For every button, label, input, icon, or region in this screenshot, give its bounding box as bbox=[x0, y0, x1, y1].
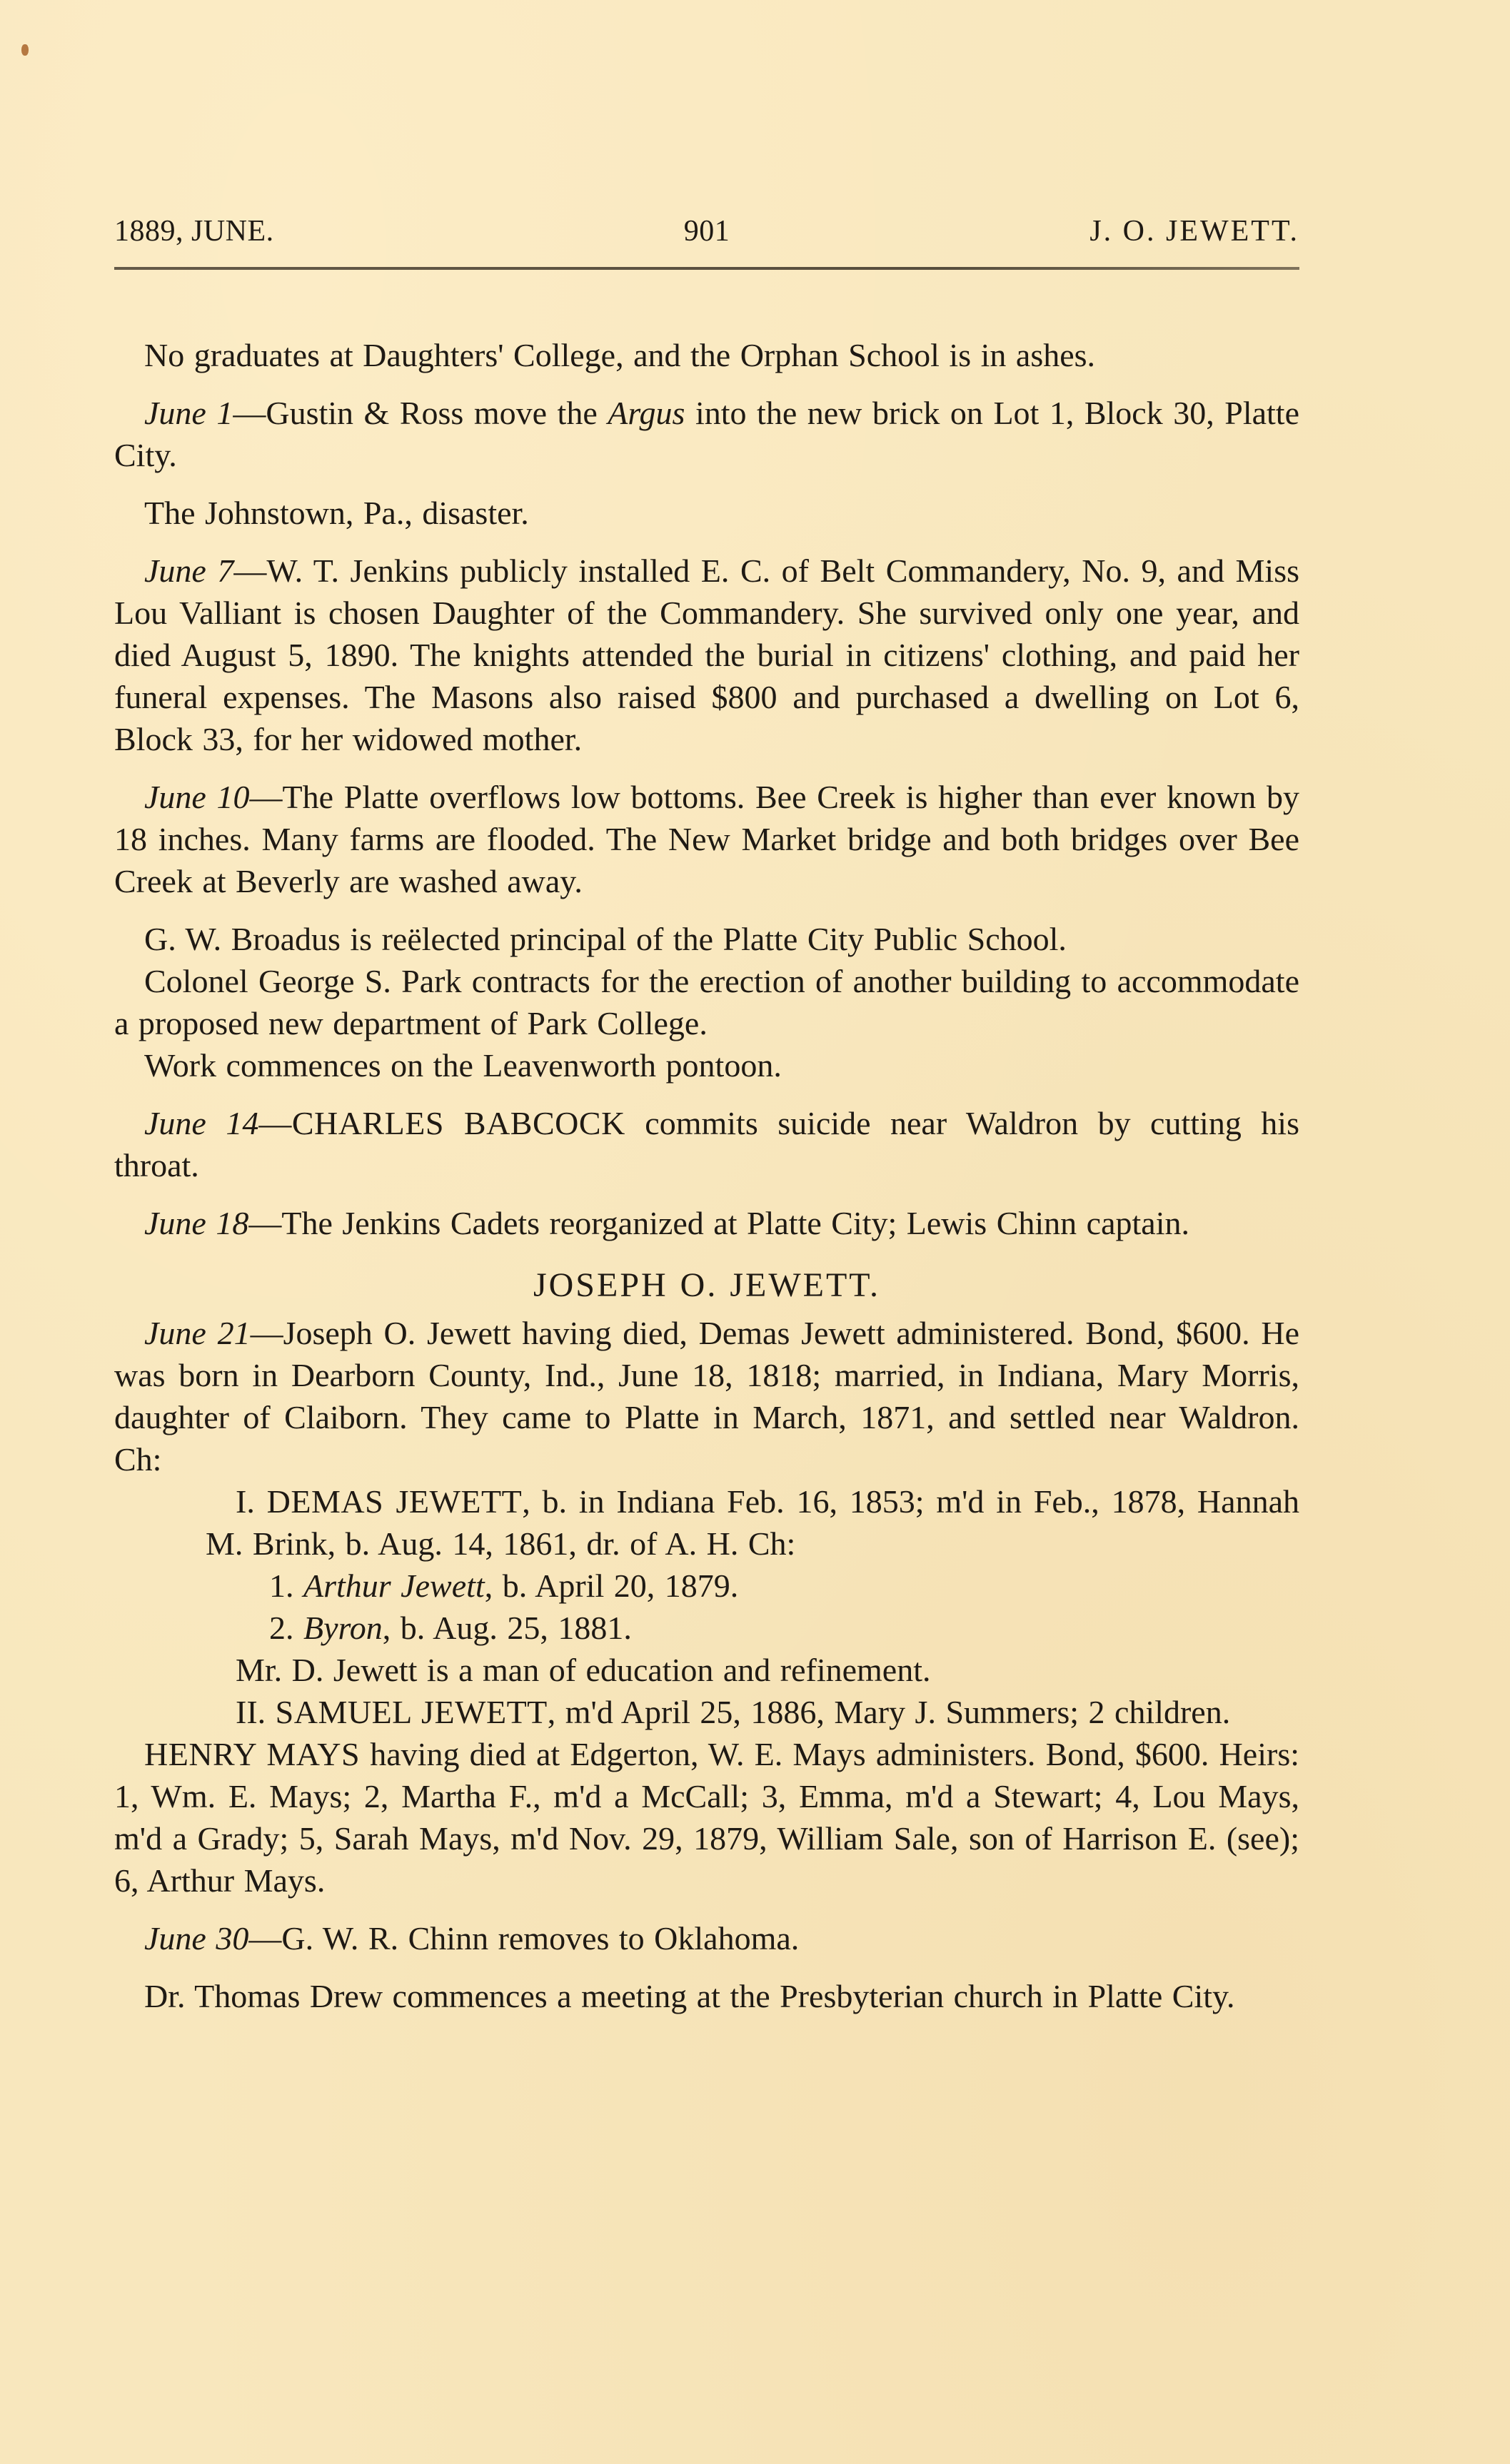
grandchild-entry: 1. Arthur Jewett, b. April 20, 1879. bbox=[114, 1565, 1299, 1607]
body-text: No graduates at Daughters' College, and … bbox=[114, 334, 1299, 2017]
entry-text: —W. T. Jenkins publicly installed E. C. … bbox=[114, 552, 1299, 757]
entry-text: , b. Aug. 25, 1881. bbox=[383, 1610, 632, 1646]
paragraph-june-10: June 10—The Platte overflows low bottoms… bbox=[114, 776, 1299, 902]
paragraph-henry-mays: HENRY MAYS having died at Edgerton, W. E… bbox=[114, 1733, 1299, 1902]
entry-text: , m'd April 25, 1886, Mary J. Summers; 2… bbox=[548, 1694, 1230, 1730]
person-name: DEMAS JEWETT bbox=[267, 1483, 523, 1520]
paragraph-johnstown: The Johnstown, Pa., disaster. bbox=[114, 492, 1299, 534]
paragraph-june-1: June 1—Gustin & Ross move the Argus into… bbox=[114, 392, 1299, 476]
person-name: HENRY MAYS bbox=[144, 1736, 360, 1772]
paragraph-thomas-drew: Dr. Thomas Drew commences a meeting at t… bbox=[114, 1975, 1299, 2017]
entry-date: June 18 bbox=[144, 1205, 248, 1241]
list-number: 1. bbox=[269, 1567, 294, 1604]
entry-date: June 14 bbox=[144, 1105, 258, 1141]
paragraph-daughters-college: No graduates at Daughters' College, and … bbox=[114, 334, 1299, 376]
entry-date: June 21 bbox=[144, 1315, 251, 1351]
paragraph-june-7: June 7—W. T. Jenkins publicly installed … bbox=[114, 550, 1299, 760]
running-head-subject: J. O. JEWETT. bbox=[1089, 214, 1299, 248]
entry-date: June 30 bbox=[144, 1920, 248, 1956]
entry-date: June 10 bbox=[144, 779, 250, 815]
running-head: 1889, JUNE. 901 J. O. JEWETT. bbox=[114, 214, 1299, 257]
entry-text: —Gustin & Ross move the bbox=[233, 395, 608, 431]
paragraph-june-18: June 18—The Jenkins Cadets reorganized a… bbox=[114, 1202, 1299, 1244]
person-name: Byron bbox=[303, 1610, 383, 1646]
section-heading: JOSEPH O. JEWETT. bbox=[114, 1264, 1299, 1306]
paragraph-broadus: G. W. Broadus is reëlected principal of … bbox=[114, 918, 1299, 960]
entry-text: —G. W. R. Chinn removes to Oklahoma. bbox=[248, 1920, 799, 1956]
child-entry-samuel: II. SAMUEL JEWETT, m'd April 25, 1886, M… bbox=[114, 1691, 1299, 1733]
child-note: Mr. D. Jewett is a man of education and … bbox=[114, 1649, 1299, 1691]
paper-stain bbox=[21, 44, 29, 56]
paragraph-june-14: June 14—CHARLES BABCOCK commits suicide … bbox=[114, 1102, 1299, 1186]
paragraph-june-21: June 21—Joseph O. Jewett having died, De… bbox=[114, 1312, 1299, 1480]
roman-numeral: II. bbox=[236, 1694, 266, 1730]
person-name: Arthur Jewett bbox=[303, 1567, 485, 1604]
grandchild-entry: 2. Byron, b. Aug. 25, 1881. bbox=[114, 1607, 1299, 1649]
roman-numeral: I. bbox=[236, 1483, 255, 1520]
entry-text: —Joseph O. Jewett having died, Demas Jew… bbox=[114, 1315, 1299, 1478]
paragraph-june-30: June 30—G. W. R. Chinn removes to Oklaho… bbox=[114, 1917, 1299, 1959]
person-name: —CHARLES BABCOCK bbox=[258, 1105, 625, 1141]
child-entry-demas: I. DEMAS JEWETT, b. in Indiana Feb. 16, … bbox=[114, 1480, 1299, 1565]
newspaper-name: Argus bbox=[608, 395, 685, 431]
entry-date: June 1 bbox=[144, 395, 233, 431]
header-rule bbox=[114, 267, 1299, 270]
entry-text: , b. April 20, 1879. bbox=[485, 1567, 739, 1604]
book-page: 1889, JUNE. 901 J. O. JEWETT. No graduat… bbox=[114, 214, 1299, 2017]
entry-text: —The Jenkins Cadets reorganized at Platt… bbox=[248, 1205, 1189, 1241]
entry-date: June 7 bbox=[144, 552, 233, 589]
paragraph-pontoon: Work commences on the Leavenworth pontoo… bbox=[114, 1044, 1299, 1086]
entry-text: —The Platte overflows low bottoms. Bee C… bbox=[114, 779, 1299, 899]
person-name: SAMUEL JEWETT bbox=[276, 1694, 548, 1730]
paragraph-park-college: Colonel George S. Park contracts for the… bbox=[114, 960, 1299, 1044]
list-number: 2. bbox=[269, 1610, 294, 1646]
